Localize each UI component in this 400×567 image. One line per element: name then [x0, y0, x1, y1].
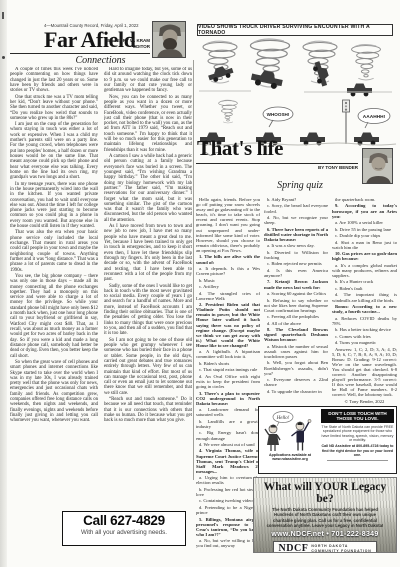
quiz-line: Bonus: According to a new study, a fourt… — [332, 304, 397, 314]
quiz-line: 6. There have been reports of a distille… — [264, 227, 328, 242]
quiz-line: a. It was a slow news day. — [264, 243, 328, 248]
tony-bender-photo — [362, 148, 393, 184]
comic-caption: VIDEO SHOWS TRUCK DRIVER SURVIVING ENCOU… — [197, 24, 393, 36]
spring-quiz-heading: Spring quiz — [220, 180, 380, 191]
connections-column-1: A couple of times this week I've noticed… — [10, 67, 98, 509]
quiz-line: © Tony Bender, 2022 — [332, 399, 397, 404]
quiz-line: 8. The Cleveland Browns signed quarterba… — [264, 327, 328, 342]
quiz-line: b. Refusing to say whether or not she li… — [264, 298, 328, 313]
scan-mark — [2, 12, 4, 19]
quiz-line: 7. Ketanji Brown Jackson made the news l… — [264, 279, 328, 289]
quiz-line: a. Landowner demand for saturated wells — [196, 407, 260, 417]
article-paragraph: A couple of times this week I've noticed… — [10, 67, 98, 94]
connections-column-2: Hard to imagine today, but yes, some of … — [104, 67, 192, 509]
svg-text:Hello!: Hello! — [276, 416, 290, 421]
quiz-line: d. An Oval Office with eight exits to ke… — [196, 374, 260, 389]
assistive-body: The State of North Dakota can provide FR… — [321, 425, 394, 443]
quiz-line: a. Urging him to overturn the election r… — [196, 475, 260, 485]
portrait-illustration — [363, 149, 393, 184]
article-paragraph: A cartoon I saw a while back had a gener… — [104, 154, 192, 223]
assistive-applications-text: Applications available at www.ndassistiv… — [261, 453, 319, 462]
kram-byline: BY JERRY W. KRAM EDITOR — [60, 38, 150, 50]
ndcf-logo-letters: NDCF — [279, 543, 309, 553]
quiz-line: d. Shot a man in Reno just to watch him … — [332, 240, 397, 250]
quiz-line: d. Turns you magnetic — [332, 340, 397, 345]
article-paragraph: You see, the big phone company – there w… — [10, 274, 98, 359]
quiz-line: 1. The hills are alive with the sound of… — [196, 254, 260, 264]
assistive-ad-copy: DON'T LOSE TOUCH WITH THOSE YOU LOVE. Th… — [321, 409, 394, 471]
quiz-line: d. The strangled cries of Lawrence Welk — [196, 291, 260, 301]
ndcf-logo-text: NORTH DAKOTA COMMUNITY FOUNDATION — [311, 544, 371, 553]
ad-tagline: With all your advertising needs. — [63, 529, 185, 536]
ndcf-body: The North Dakota Community Foundation ha… — [265, 507, 386, 528]
article-paragraph: One that struck me was a TV mom telling … — [10, 95, 98, 122]
portrait-illustration — [153, 22, 186, 58]
quiz-line: b. Aidy Bryant? — [264, 197, 328, 202]
article-paragraph: “Reach out and touch someone.” Do it bec… — [104, 397, 192, 424]
quiz-line: a. Are 100% a serial killer — [332, 220, 397, 225]
divider-rule — [10, 53, 150, 54]
svg-text:WHOOSH!: WHOOSH! — [267, 112, 290, 117]
divider-rule — [196, 163, 358, 164]
connections-article: A couple of times this week I've noticed… — [10, 67, 192, 509]
article-paragraph: So I am not going to be one of those old… — [104, 338, 192, 396]
quiz-line: 2. President Biden said that Vladimir Pu… — [196, 302, 260, 348]
quiz-line: b. Has a better tracking device — [332, 327, 397, 332]
quiz-line: a. Mistook the number of sexual assault … — [264, 344, 328, 359]
quiz-line: d. The important thing is windmills are … — [332, 292, 397, 302]
quiz-line: a. Reduces COVID deaths by 78% — [332, 316, 397, 326]
thats-life-title: That's life — [197, 136, 283, 161]
article-paragraph: As I have moved from town to town and ne… — [104, 224, 192, 282]
quiz-line: a. It's a complex global market with man… — [332, 263, 397, 278]
article-paragraph: So when the great wave of cell phones an… — [10, 360, 98, 424]
assistive-ad-illustration: Hello! Applications available at www.nda… — [261, 409, 319, 471]
quiz-line: Answers: 1, C; 2, D; 3, A; 4, D; 5, D; 6… — [332, 347, 397, 398]
divider-rule — [327, 460, 388, 461]
jerry-kram-photo — [152, 21, 186, 58]
quiz-line: 4. Virginia Thomas, wife of Supreme Cour… — [196, 448, 260, 473]
assistive-call-text: Call ND Assistive at 800-895-4728 today … — [321, 444, 394, 457]
ad-phone-number: Call 627-4829 — [63, 514, 185, 529]
article-paragraph: In my teenage years, there was one phone… — [10, 182, 98, 230]
article-paragraph: Hard to imagine today, but yes, some of … — [104, 67, 192, 94]
newspaper-page: 4—Mountrail County Record, Friday, April… — [0, 0, 400, 567]
quiz-line: c. Biden's fault — [332, 286, 397, 291]
hello-bubble: Hello! — [273, 412, 293, 427]
ndcf-legacy-ad: What will YOUR Legacy be? The North Dako… — [253, 477, 397, 553]
byline-role: EDITOR — [60, 44, 150, 50]
quiz-line: c. Biden rejected new permits — [264, 261, 328, 266]
quiz-line: c. Artillery — [196, 284, 260, 289]
quiz-line: d. No, but we recognize your sheep. — [264, 215, 328, 225]
quiz-line: a. Scoring 60 against the Celtics — [264, 291, 328, 296]
scan-gutter — [0, 0, 7, 567]
advertising-ad: Call 627-4829 With all your advertising … — [62, 511, 186, 546]
connections-heading: Connections — [10, 55, 191, 66]
quiz-line: a. No, but we're willing to help you fin… — [196, 538, 260, 548]
article-paragraph: Sadly, some of the ones I would like to … — [104, 284, 192, 337]
quiz-line: b. Landfills are a growth industry — [196, 419, 260, 429]
quiz-line: 9. According to today's horoscope, if yo… — [332, 203, 397, 218]
waving-people-illustration: Hello! — [262, 409, 318, 453]
quiz-line: d. To upgrade the character in — [264, 389, 328, 394]
bender-byline: BY TONY BENDER — [270, 165, 358, 170]
article-paragraph: I am just on the cusp of the generation … — [10, 122, 98, 180]
quiz-line: c. Double dip your chips — [332, 233, 397, 238]
ndcf-contact: www.NDCF.net • 701-222-8349 — [254, 531, 396, 538]
quiz-column-3: the quarterback room.9. According to tod… — [332, 197, 397, 405]
quiz-line: c. Everyone deserves a 22nd chance — [264, 377, 328, 387]
quiz-line: b. Professing her red hot steamy love — [196, 487, 260, 497]
quiz-line: a. It depends. Is this a Wes Craven pict… — [196, 266, 260, 276]
quiz-line: d. Is this even America anymore? — [264, 268, 328, 278]
quiz-line: b. Well, you forgot about Ben Roethlisbe… — [264, 360, 328, 375]
quiz-column-1: Hello again, friends. Before you go off … — [196, 197, 260, 557]
nd-assistive-ad: Hello! Applications available at www.nda… — [258, 406, 397, 474]
ndcf-logo: NDCF NORTH DAKOTA COMMUNITY FOUNDATION — [273, 541, 378, 553]
article-paragraph: That was also the era when your basic ph… — [10, 230, 98, 273]
quiz-line: d. All of the above — [264, 321, 328, 326]
quiz-line: c. Containing twerking videos — [196, 498, 260, 503]
quiz-line: 3. There's a plan to sequester CO2 under… — [196, 391, 260, 406]
quiz-line: 10. Gas prices are so gosh-darn high bec… — [332, 251, 397, 261]
scan-mark — [2, 56, 5, 59]
quiz-line: b. Biden's shorts — [196, 361, 260, 366]
quiz-line: c. Sorry, the beard had everyone fooled. — [264, 203, 328, 213]
quiz-column-2: b. Aidy Bryant?c. Sorry, the beard had e… — [264, 197, 328, 405]
ndcf-headline: What will YOUR Legacy be? — [254, 481, 396, 505]
svg-text:AAAHHH!: AAAHHH! — [363, 114, 386, 120]
quiz-line: b. Drive 55 in the passing lane — [332, 227, 397, 232]
quiz-line: c. Comes with fries — [332, 334, 397, 339]
quiz-line: the quarterback room. — [332, 197, 397, 202]
quiz-line: d. We were almost out of sand — [196, 442, 260, 447]
speech-bubble-2: AAAHHH! — [358, 109, 390, 129]
quiz-line: b. It's a Hunter crack — [332, 279, 397, 284]
quiz-line: d. Pretending to be a Nigerian prince — [196, 505, 260, 515]
quiz-line: c. Big Energy hasn't done enough damage — [196, 430, 260, 440]
quiz-line: c. That stupid extra innings rule — [196, 367, 260, 372]
quiz-line: Hello again, friends. Before you go off … — [196, 197, 260, 253]
quiz-line: b. Music — [196, 278, 260, 283]
article-paragraph: Now, you can be connected to as many peo… — [104, 95, 192, 153]
quiz-line: c. Freeing all the pedophiles — [264, 314, 328, 319]
column-divider — [193, 60, 194, 480]
speech-bubble-1: WHOOSH! — [263, 107, 293, 127]
quiz-line: 5. Billings, Montana airport personnel's… — [196, 517, 260, 537]
assistive-headline: DON'T LOSE TOUCH WITH THOSE YOU LOVE. — [321, 409, 394, 423]
quiz-line: a. A lightbulb. A bipartisan committee w… — [196, 349, 260, 359]
quiz-line: b. Diverted to Williston for fracking — [264, 250, 328, 260]
